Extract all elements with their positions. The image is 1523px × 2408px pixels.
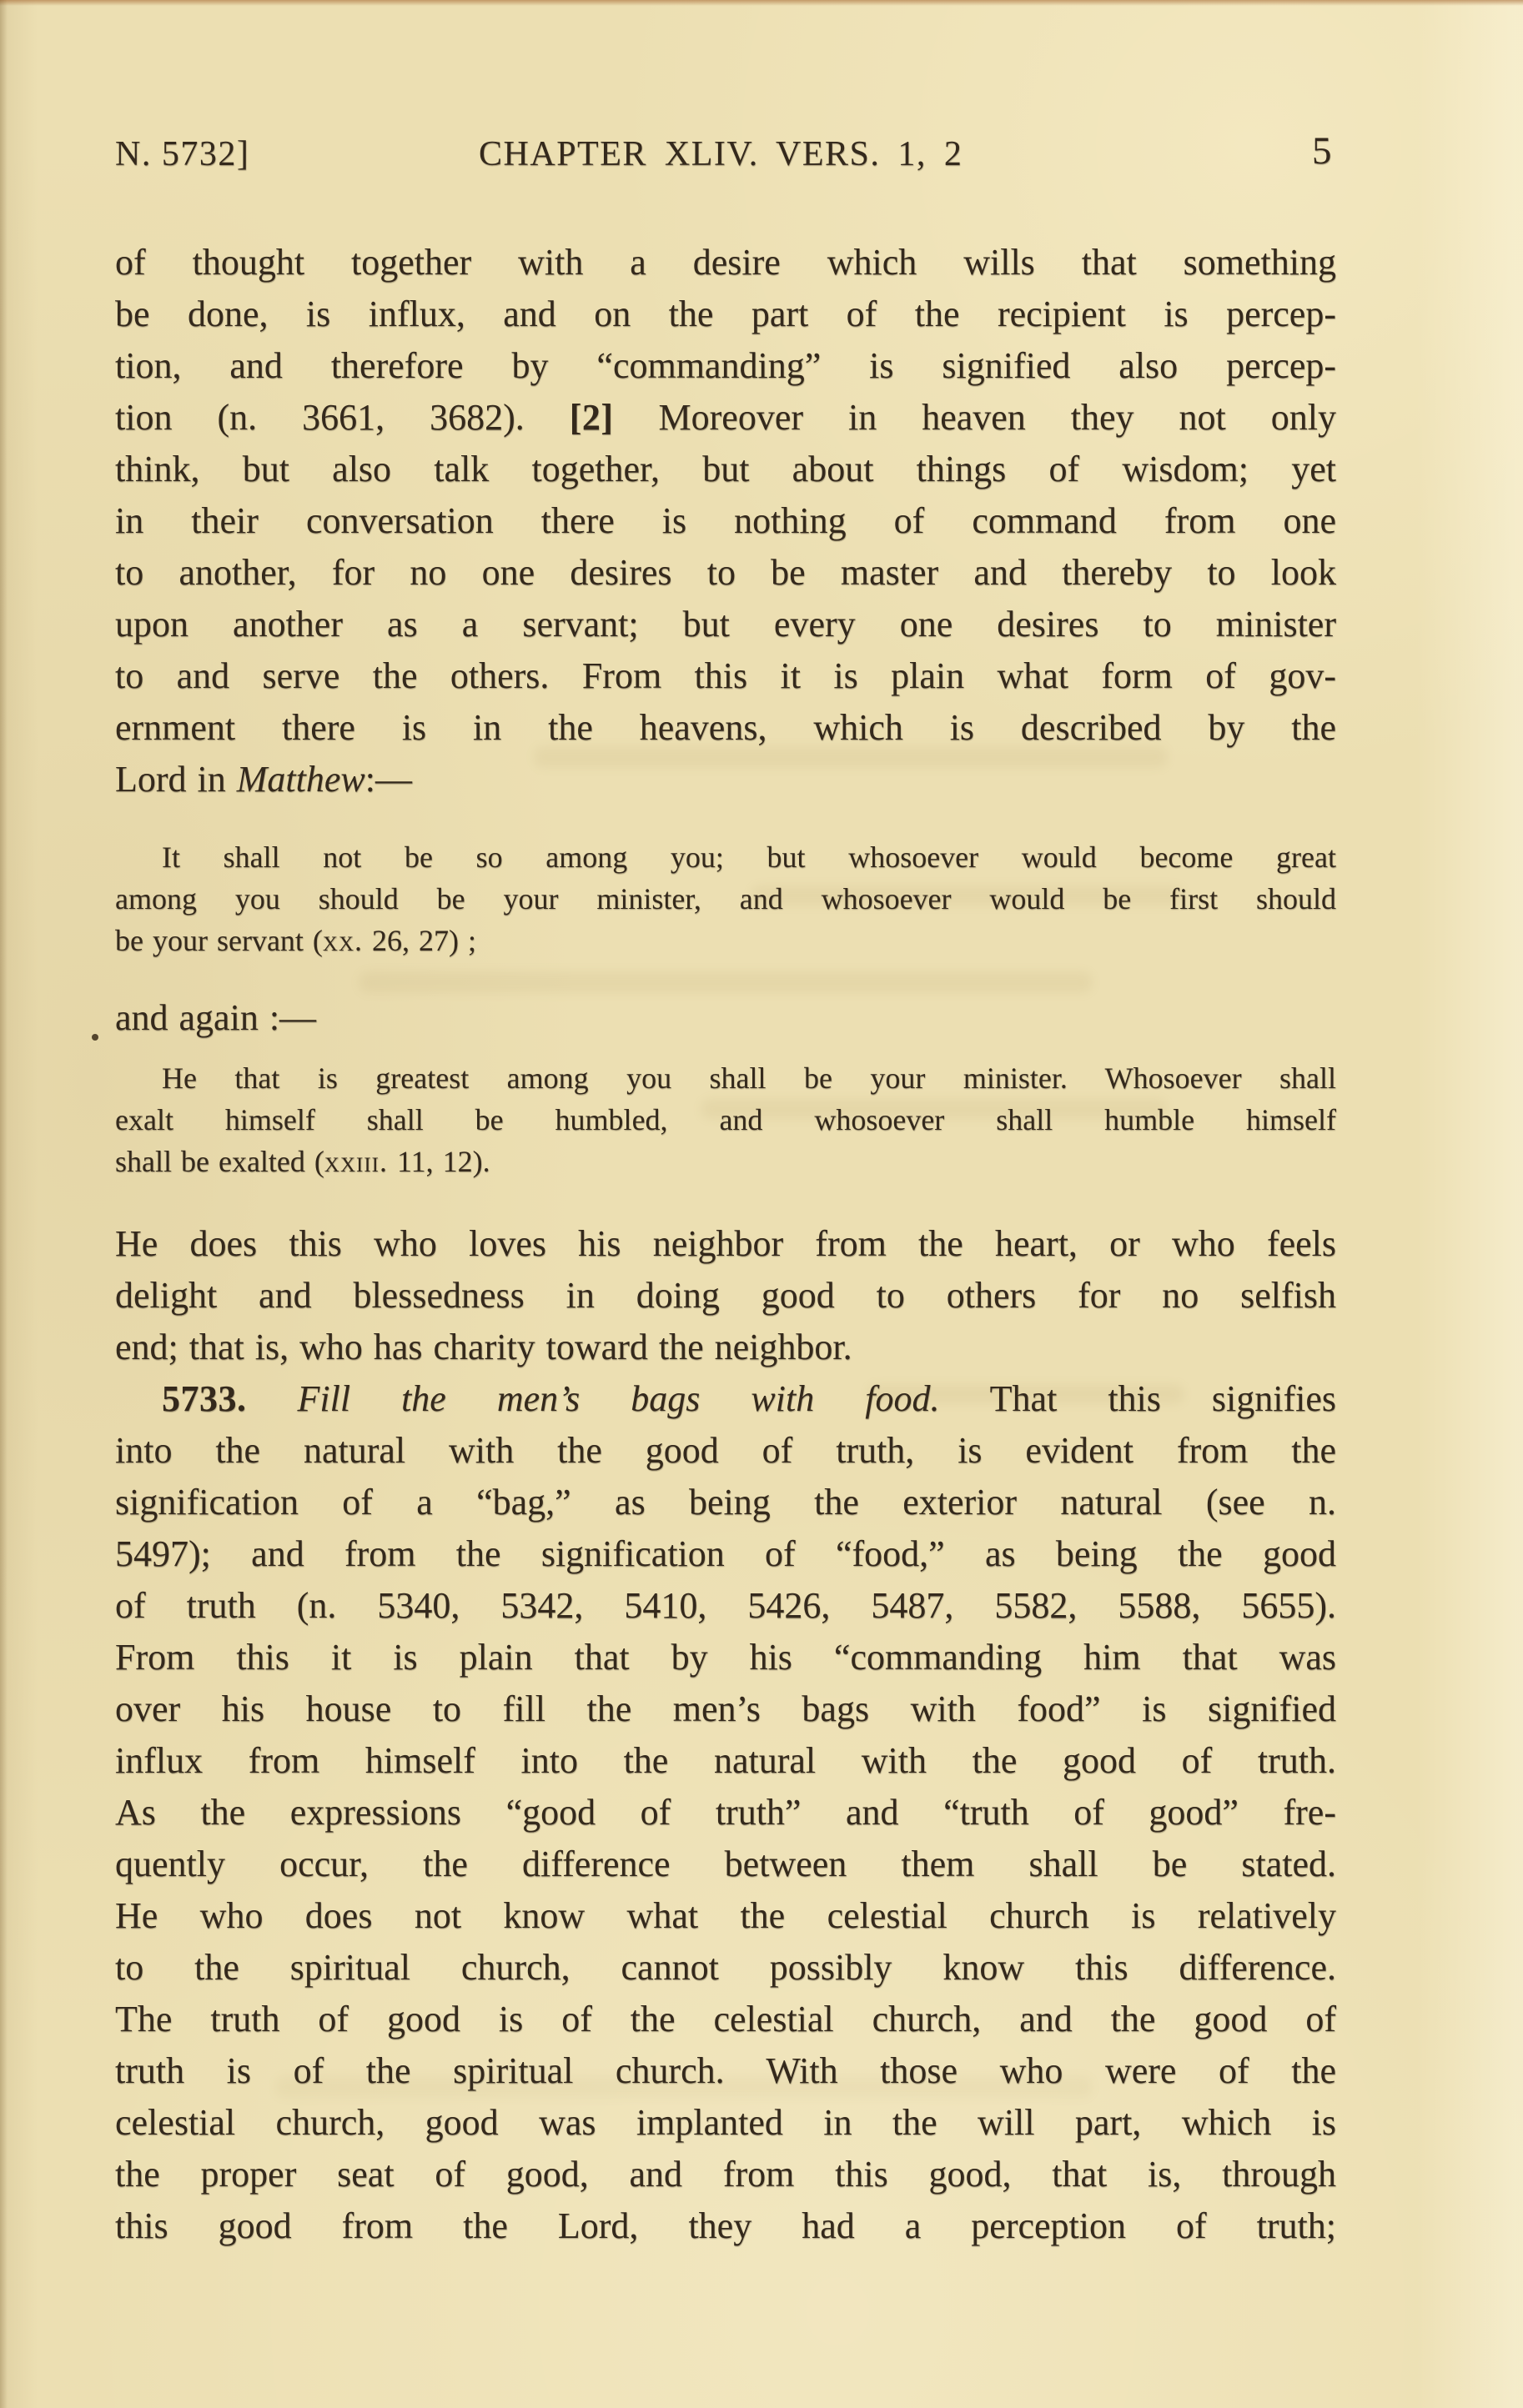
text-line: truth is of the spiritual church. With t… [115,2045,1336,2097]
text-line: to another, for no one desires to be mas… [115,547,1336,599]
text-line: influx from himself into the natural wit… [115,1735,1336,1787]
text-line: tion (n. 3661, 3682). [2] Moreover in he… [115,392,1336,444]
text-line: into the natural with the good of truth,… [115,1425,1336,1477]
text-line: be done, is influx, and on the part of t… [115,288,1336,340]
text-line: think, but also talk together, but about… [115,444,1336,495]
text-line: It shall not be so among you; but whosoe… [115,836,1336,878]
and-again-lead: and again :— [115,992,1336,1044]
text-line: shall be exalted (xxiii. 11, 12). [115,1141,1336,1182]
text-line: of truth (n. 5340, 5342, 5410, 5426, 548… [115,1580,1336,1632]
text-line: and again :— [115,992,1336,1044]
text-line: He that is greatest among you shall be y… [115,1057,1336,1099]
text-line: 5497); and from the signification of “fo… [115,1528,1336,1580]
text-line: upon another as a servant; but every one… [115,599,1336,650]
paragraph-5733: 5733. Fill the men’s bags with food. Tha… [115,1373,1336,2252]
paragraph-5732-continued: of thought together with a desire which … [115,237,1336,805]
text-line: 5733. Fill the men’s bags with food. Tha… [115,1373,1336,1425]
text-line: to the spiritual church, cannot possibly… [115,1942,1336,1994]
text-line: of thought together with a desire which … [115,237,1336,288]
text-line: be your servant (xx. 26, 27) ; [115,920,1336,961]
scripture-quote-matthew-xxiii: He that is greatest among you shall be y… [115,1057,1336,1182]
text-line: As the expressions “good of truth” and “… [115,1787,1336,1839]
scripture-quote-matthew-xx: It shall not be so among you; but whosoe… [115,836,1336,961]
text-line: over his house to fill the men’s bags wi… [115,1683,1336,1735]
text-line: among you should be your minister, and w… [115,878,1336,920]
text-line: From this it is plain that by his “comma… [115,1632,1336,1683]
text-line: this good from the Lord, they had a perc… [115,2200,1336,2252]
text-line: ernment there is in the heavens, which i… [115,702,1336,754]
text-line: the proper seat of good, and from this g… [115,2149,1336,2200]
ink-speck [92,1034,98,1041]
book-page-scan: N. 5732] CHAPTER XLIV. VERS. 1, 2 5 of t… [0,0,1523,2408]
text-line: to and serve the others. From this it is… [115,650,1336,702]
text-line: The truth of good is of the celestial ch… [115,1994,1336,2045]
text-line: Lord in Matthew:— [115,754,1336,805]
text-line: quently occur, the difference between th… [115,1839,1336,1890]
text-line: in their conversation there is nothing o… [115,495,1336,547]
text-blocks: of thought together with a desire which … [115,0,1336,2252]
text-line: signification of a “bag,” as being the e… [115,1477,1336,1528]
text-line: exalt himself shall be humbled, and whos… [115,1099,1336,1141]
text-line: end; that is, who has charity toward the… [115,1322,1336,1373]
paragraph-5732-close: He does this who loves his neighbor from… [115,1218,1336,1373]
text-line: celestial church, good was implanted in … [115,2097,1336,2149]
text-line: delight and blessedness in doing good to… [115,1270,1336,1322]
text-line: He does this who loves his neighbor from… [115,1218,1336,1270]
text-line: tion, and therefore by “commanding” is s… [115,340,1336,392]
text-line: He who does not know what the celestial … [115,1890,1336,1942]
